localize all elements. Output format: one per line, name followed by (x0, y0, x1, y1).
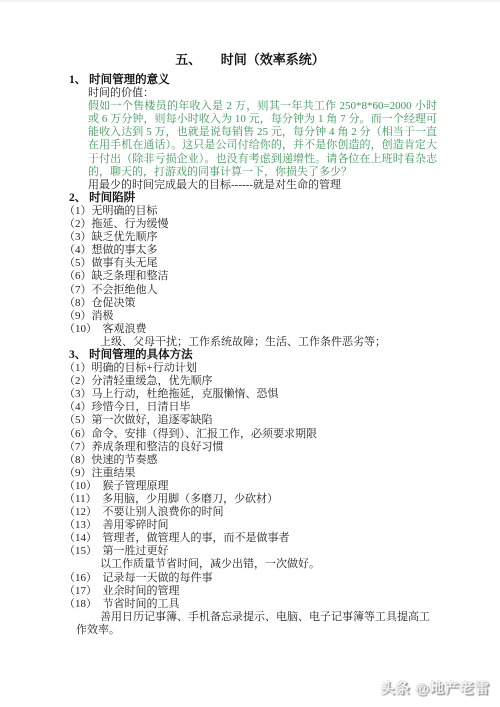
list-item: （18） 节省时间的工具 (64, 598, 437, 611)
list-item: （16） 记录每一天做的每件事 (64, 572, 437, 585)
section-3-heading: 3、 时间管理的具体方法 (69, 349, 437, 362)
list-item: （9）消极 (64, 310, 437, 323)
green-paragraph: 假如一个售楼员的年收入是 2 万，则其一年共工作 250*8*60=2000 小… (88, 100, 437, 179)
document-page: 五、 时间（效率系统） 1、 时间管理的意义 时间的价值： 假如一个售楼员的年收… (0, 0, 500, 707)
list-item: （6）命令、安排（得到）、汇报工作，必须要求期限 (64, 428, 437, 441)
list-item: （5）做事有头无尾 (64, 257, 437, 270)
list-item: （4）想做的事太多 (64, 244, 437, 257)
note-line: 上级、父母干扰；工作系统故障；生活、工作条件恶劣等； (100, 336, 437, 349)
list-item: （7）不会拒绝他人 (64, 284, 437, 297)
list-item: （13） 善用零碎时间 (64, 519, 437, 532)
list-item: （1）无明确的目标 (64, 205, 437, 218)
list-item: （3）缺乏优先顺序 (64, 231, 437, 244)
list-item: （10） 客观浪费 (64, 323, 437, 336)
paragraph-intro: 时间的价值： (88, 87, 437, 100)
list-item: （4）珍惜今日，日清日毕 (64, 401, 437, 414)
note-line: 善用日历记事簿、手机备忘录提示、电脑、电子记事簿等工具提高工作效率。 (76, 611, 437, 637)
list-item: （2）拖延、行为缓慢 (64, 218, 437, 231)
list-item: （6）缺乏条理和整洁 (64, 270, 437, 283)
list-item: （15） 第一胜过更好 (64, 545, 437, 558)
list-item: （14） 管理者，做管理人的事，而不是做事者 (64, 532, 437, 545)
section-1-heading: 1、 时间管理的意义 (69, 74, 437, 87)
list-item: （2）分清轻重缓急，优先顺序 (64, 375, 437, 388)
list-item: （3）马上行动，杜绝拖延，克服懒惰、恐惧 (64, 388, 437, 401)
page-title: 五、 时间（效率系统） (63, 51, 437, 68)
list-item: （8）快速的节奏感 (64, 454, 437, 467)
section-2-heading: 2、 时间陷阱 (69, 192, 437, 205)
list-item: （8）仓促决策 (64, 297, 437, 310)
paragraph-summary: 用最少的时间完成最大的目标------就是对生命的管理 (88, 179, 437, 192)
list-item: （10） 猴子管理原理 (64, 480, 437, 493)
note-line: 以工作质量节省时间，减少出错，一次做好。 (100, 558, 437, 571)
list-item: （17） 业余时间的管理 (64, 585, 437, 598)
watermark: 头条 @地产老雷 (380, 678, 490, 698)
list-item: （5）第一次做好，追逐零缺陷 (64, 414, 437, 427)
list-item: （7）养成条理和整洁的良好习惯 (64, 441, 437, 454)
list-item: （12） 不要让别人浪费你的时间 (64, 506, 437, 519)
list-item: （11） 多用脑，少用脚（多磨刀，少砍材） (64, 493, 437, 506)
list-item: （1）明确的目标+行动计划 (64, 362, 437, 375)
list-item: （9）注重结果 (64, 467, 437, 480)
